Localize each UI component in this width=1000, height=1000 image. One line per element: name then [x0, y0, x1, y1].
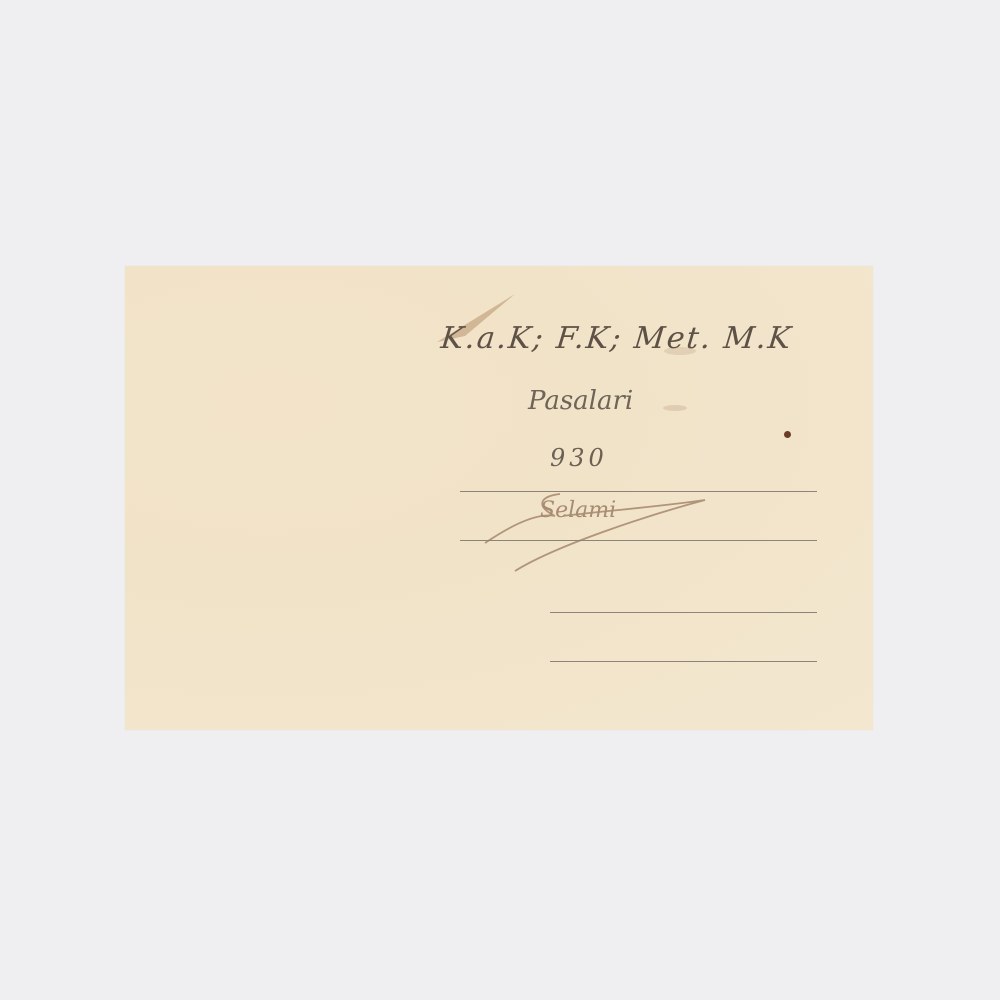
address-line-2 — [460, 540, 817, 541]
address-line-3 — [550, 612, 817, 613]
address-line-4 — [550, 661, 817, 662]
signature: Selami — [540, 498, 616, 523]
handwritten-line-2: Pasalari — [528, 386, 633, 416]
handwritten-number: 930 — [550, 444, 608, 472]
address-line-1 — [460, 491, 817, 492]
ink-spot — [784, 431, 791, 438]
handwritten-line-1: K.a.K; F.K; Met. M.K — [439, 321, 794, 356]
postcard-back: K.a.K; F.K; Met. M.K Pasalari 930 Selami — [125, 266, 873, 730]
